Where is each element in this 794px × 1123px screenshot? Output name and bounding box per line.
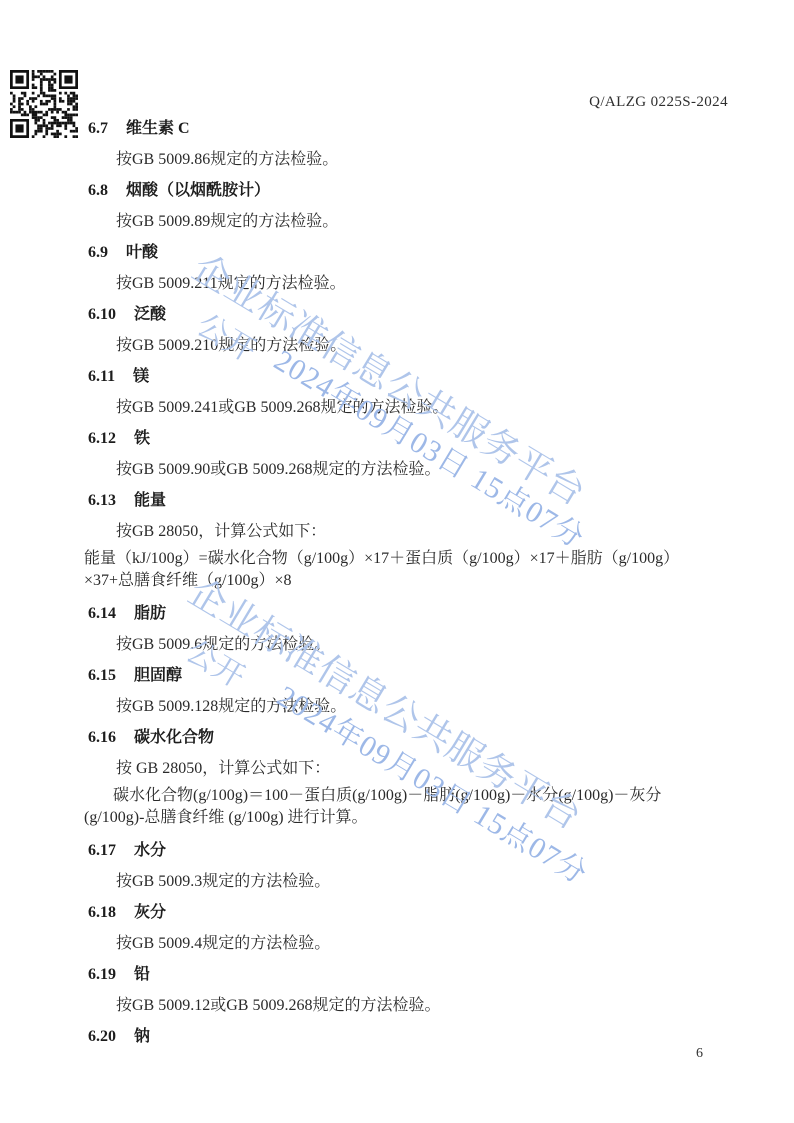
section-number: 6.18 [88,904,116,921]
section-body: 按GB 5009.211规定的方法检验。 [116,275,794,293]
section-heading: 6.10泛酸 [88,306,794,324]
section-body: 按GB 5009.128规定的方法检验。 [116,698,794,716]
section-number: 6.9 [88,244,108,261]
carbohydrate-formula: 碳水化合物(g/100g)＝100－蛋白质(g/100g)－脂肪(g/100g)… [84,785,720,829]
page-number: 6 [696,1046,703,1062]
section-6-17: 6.17水分 按GB 5009.3规定的方法检验。 [0,842,794,891]
section-heading: 6.7维生素 C [88,120,794,138]
section-number: 6.19 [88,966,116,983]
section-6-18: 6.18灰分 按GB 5009.4规定的方法检验。 [0,904,794,953]
section-title: 叶酸 [126,244,158,261]
section-title: 铁 [134,430,150,447]
section-6-7: 6.7维生素 C 按GB 5009.86规定的方法检验。 [0,120,794,169]
section-heading: 6.12铁 [88,430,794,448]
section-number: 6.11 [88,368,115,385]
section-body: 按GB 5009.4规定的方法检验。 [116,935,794,953]
section-body: 按GB 5009.12或GB 5009.268规定的方法检验。 [116,997,794,1015]
section-heading: 6.17水分 [88,842,794,860]
section-title: 钠 [134,1028,150,1045]
section-number: 6.10 [88,306,116,323]
section-6-14: 6.14脂肪 按GB 5009.6规定的方法检验。 [0,605,794,654]
section-heading: 6.15胆固醇 [88,667,794,685]
section-title: 灰分 [134,904,166,921]
section-heading: 6.16碳水化合物 [88,729,794,747]
section-6-19: 6.19铅 按GB 5009.12或GB 5009.268规定的方法检验。 [0,966,794,1015]
energy-formula: 能量（kJ/100g）=碳水化合物（g/100g）×17＋蛋白质（g/100g）… [84,548,720,592]
section-6-9: 6.9叶酸 按GB 5009.211规定的方法检验。 [0,244,794,293]
section-number: 6.15 [88,667,116,684]
section-number: 6.17 [88,842,116,859]
section-heading: 6.9叶酸 [88,244,794,262]
section-title: 胆固醇 [134,667,182,684]
section-body: 按GB 5009.86规定的方法检验。 [116,151,794,169]
section-number: 6.12 [88,430,116,447]
section-title: 能量 [134,492,166,509]
section-heading: 6.18灰分 [88,904,794,922]
section-number: 6.16 [88,729,116,746]
section-heading: 6.20钠 [88,1028,794,1046]
section-number: 6.7 [88,120,108,137]
section-title: 镁 [133,368,149,385]
section-number: 6.14 [88,605,116,622]
section-6-20: 6.20钠 [0,1028,794,1046]
section-body: 按GB 5009.210规定的方法检验。 [116,337,794,355]
section-number: 6.8 [88,182,108,199]
section-intro: 按 GB 28050，计算公式如下： [116,760,794,778]
section-6-15: 6.15胆固醇 按GB 5009.128规定的方法检验。 [0,667,794,716]
section-heading: 6.8烟酸（以烟酰胺计） [88,182,794,200]
section-body: 按GB 5009.3规定的方法检验。 [116,873,794,891]
section-heading: 6.14脂肪 [88,605,794,623]
document-page: Q/ALZG 0225S-2024 6.7维生素 C 按GB 5009.86规定… [0,0,794,1123]
section-6-12: 6.12铁 按GB 5009.90或GB 5009.268规定的方法检验。 [0,430,794,479]
section-title: 烟酸（以烟酰胺计） [126,182,270,199]
section-title: 碳水化合物 [134,729,214,746]
section-title: 水分 [134,842,166,859]
section-heading: 6.11镁 [88,368,794,386]
section-body: 按GB 5009.6规定的方法检验。 [116,636,794,654]
section-title: 铅 [134,966,150,983]
section-body: 按GB 5009.241或GB 5009.268规定的方法检验。 [116,399,794,417]
document-content: 6.7维生素 C 按GB 5009.86规定的方法检验。 6.8烟酸（以烟酰胺计… [0,0,794,1046]
section-6-16: 6.16碳水化合物 按 GB 28050，计算公式如下： 碳水化合物(g/100… [0,729,794,829]
section-body: 按GB 5009.90或GB 5009.268规定的方法检验。 [116,461,794,479]
section-heading: 6.19铅 [88,966,794,984]
section-title: 脂肪 [134,605,166,622]
section-number: 6.13 [88,492,116,509]
section-6-8: 6.8烟酸（以烟酰胺计） 按GB 5009.89规定的方法检验。 [0,182,794,231]
section-6-11: 6.11镁 按GB 5009.241或GB 5009.268规定的方法检验。 [0,368,794,417]
section-body: 按GB 5009.89规定的方法检验。 [116,213,794,231]
section-6-10: 6.10泛酸 按GB 5009.210规定的方法检验。 [0,306,794,355]
section-heading: 6.13能量 [88,492,794,510]
section-6-13: 6.13能量 按GB 28050，计算公式如下： 能量（kJ/100g）=碳水化… [0,492,794,592]
section-number: 6.20 [88,1028,116,1045]
section-title: 泛酸 [134,306,166,323]
section-title: 维生素 C [126,120,190,137]
section-intro: 按GB 28050，计算公式如下： [116,523,794,541]
